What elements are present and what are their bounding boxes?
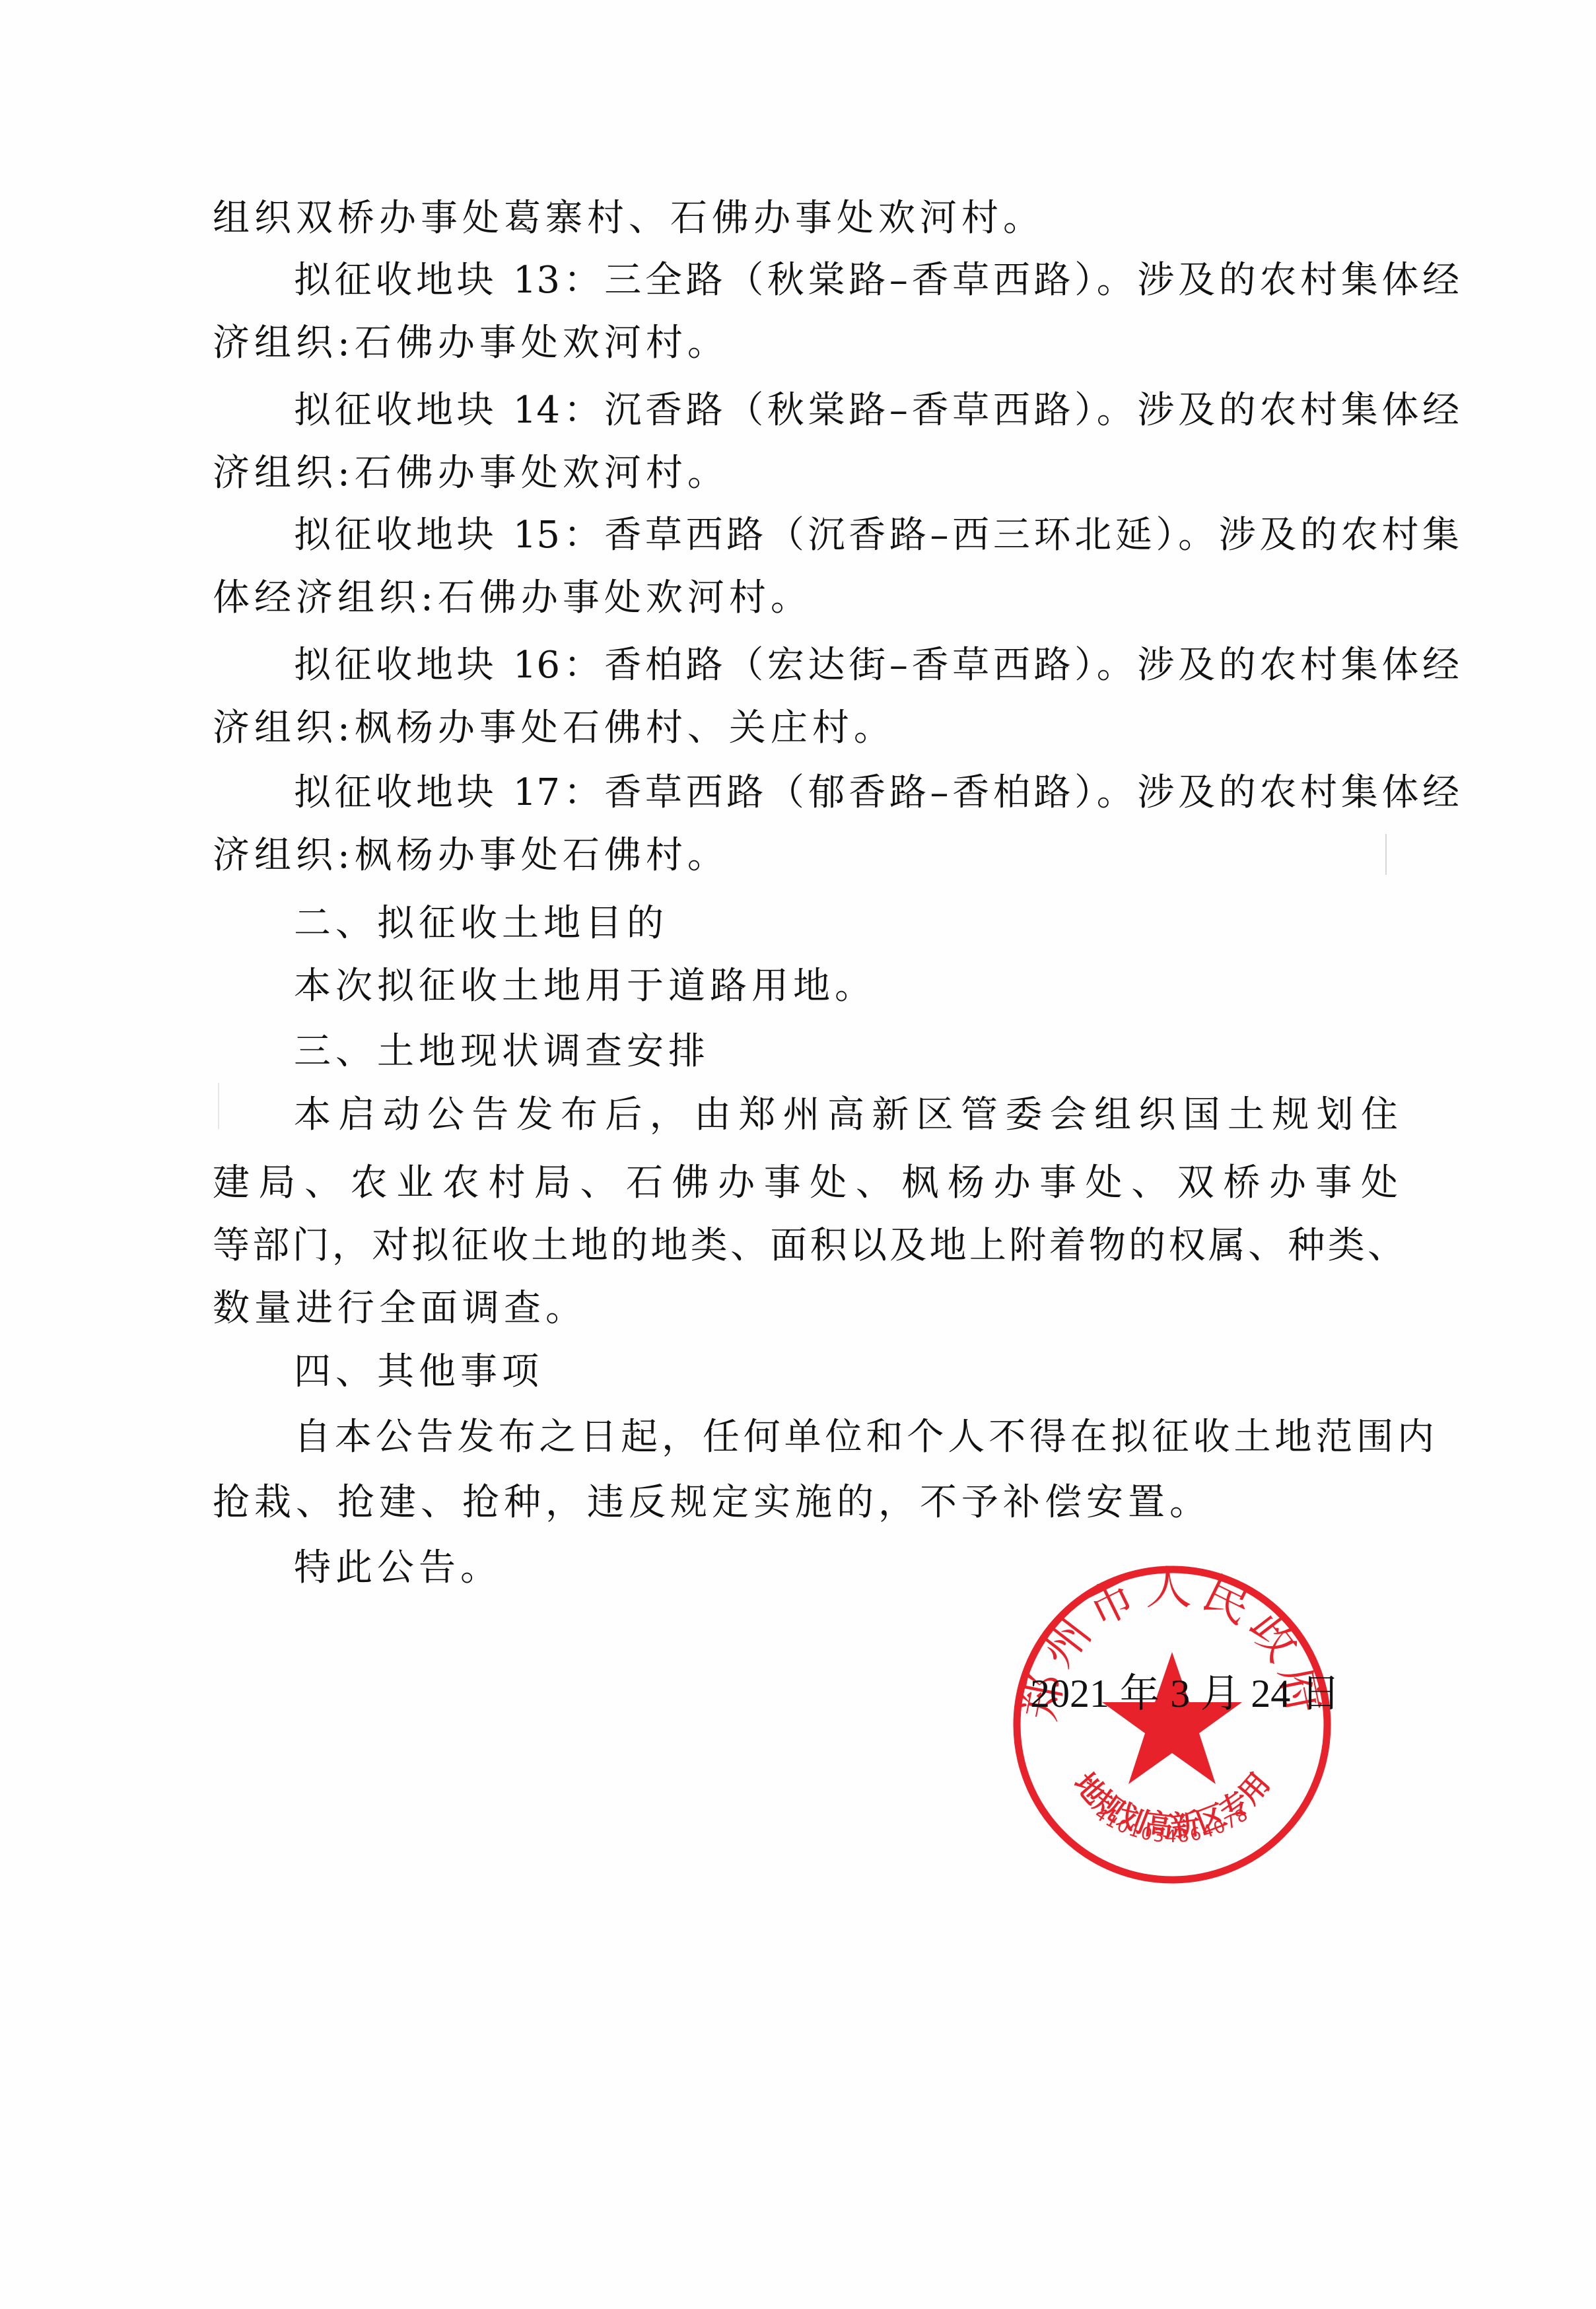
official-seal: 郑州市人民政府 土地规划高新区专用章 4101034864078 [1007,1560,1337,1890]
text-line: 本次拟征收土地用于道路用地。 [294,963,876,1010]
text-line: 济组织:石佛办事处欢河村。 [213,450,729,497]
text-line: 等部门，对拟征收土地的地类、面积以及地上附着物的权属、种类、 [213,1223,1405,1269]
text-line: 体经济组织:石佛办事处欢河村。 [213,575,812,621]
text-line: 数量进行全面调查。 [213,1286,587,1332]
land-parcel-13: 拟征收地块 13：三全路（秋棠路–香草西路）。涉及的农村集体经 [294,258,1459,304]
document-page: 组织双桥办事处葛寨村、石佛办事处欢河村。 拟征收地块 13：三全路（秋棠路–香草… [0,0,1596,2309]
text-line: 抢栽、抢建、抢种，违反规定实施的，不予补偿安置。 [213,1480,1211,1526]
closing-text: 特此公告。 [294,1545,502,1591]
section-heading-survey: 三、土地现状调查安排 [294,1029,710,1075]
scan-artifact [218,1083,219,1129]
land-parcel-14: 拟征收地块 14：沉香路（秋棠路–香草西路）。涉及的农村集体经 [294,388,1459,434]
text-line: 济组织:石佛办事处欢河村。 [213,320,729,366]
section-heading-other: 四、其他事项 [294,1349,543,1395]
section-heading-purpose: 二、拟征收土地目的 [294,901,668,947]
text-line: 自本公告发布之日起，任何单位和个人不得在拟征收土地范围内 [294,1414,1434,1461]
land-parcel-17: 拟征收地块 17：香草西路（郁香路–香柏路）。涉及的农村集体经 [294,770,1459,816]
land-parcel-15: 拟征收地块 15：香草西路（沉香路–西三环北延）。涉及的农村集 [294,512,1459,559]
text-line: 济组织:枫杨办事处石佛村、关庄村。 [213,705,895,751]
scan-artifact [1385,834,1387,875]
text-line: 济组织:枫杨办事处石佛村。 [213,833,729,879]
text-line: 建局、农业农村局、石佛办事处、枫杨办事处、双桥办事处 [213,1160,1398,1206]
text-line: 本启动公告发布后，由郑州高新区管委会组织国土规划住 [294,1092,1398,1138]
land-parcel-16: 拟征收地块 16：香柏路（宏达街–香草西路）。涉及的农村集体经 [294,642,1459,689]
text-line: 组织双桥办事处葛寨村、石佛办事处欢河村。 [213,195,1045,242]
document-date: 2021 年 3 月 24 日 [1030,1671,1340,1717]
